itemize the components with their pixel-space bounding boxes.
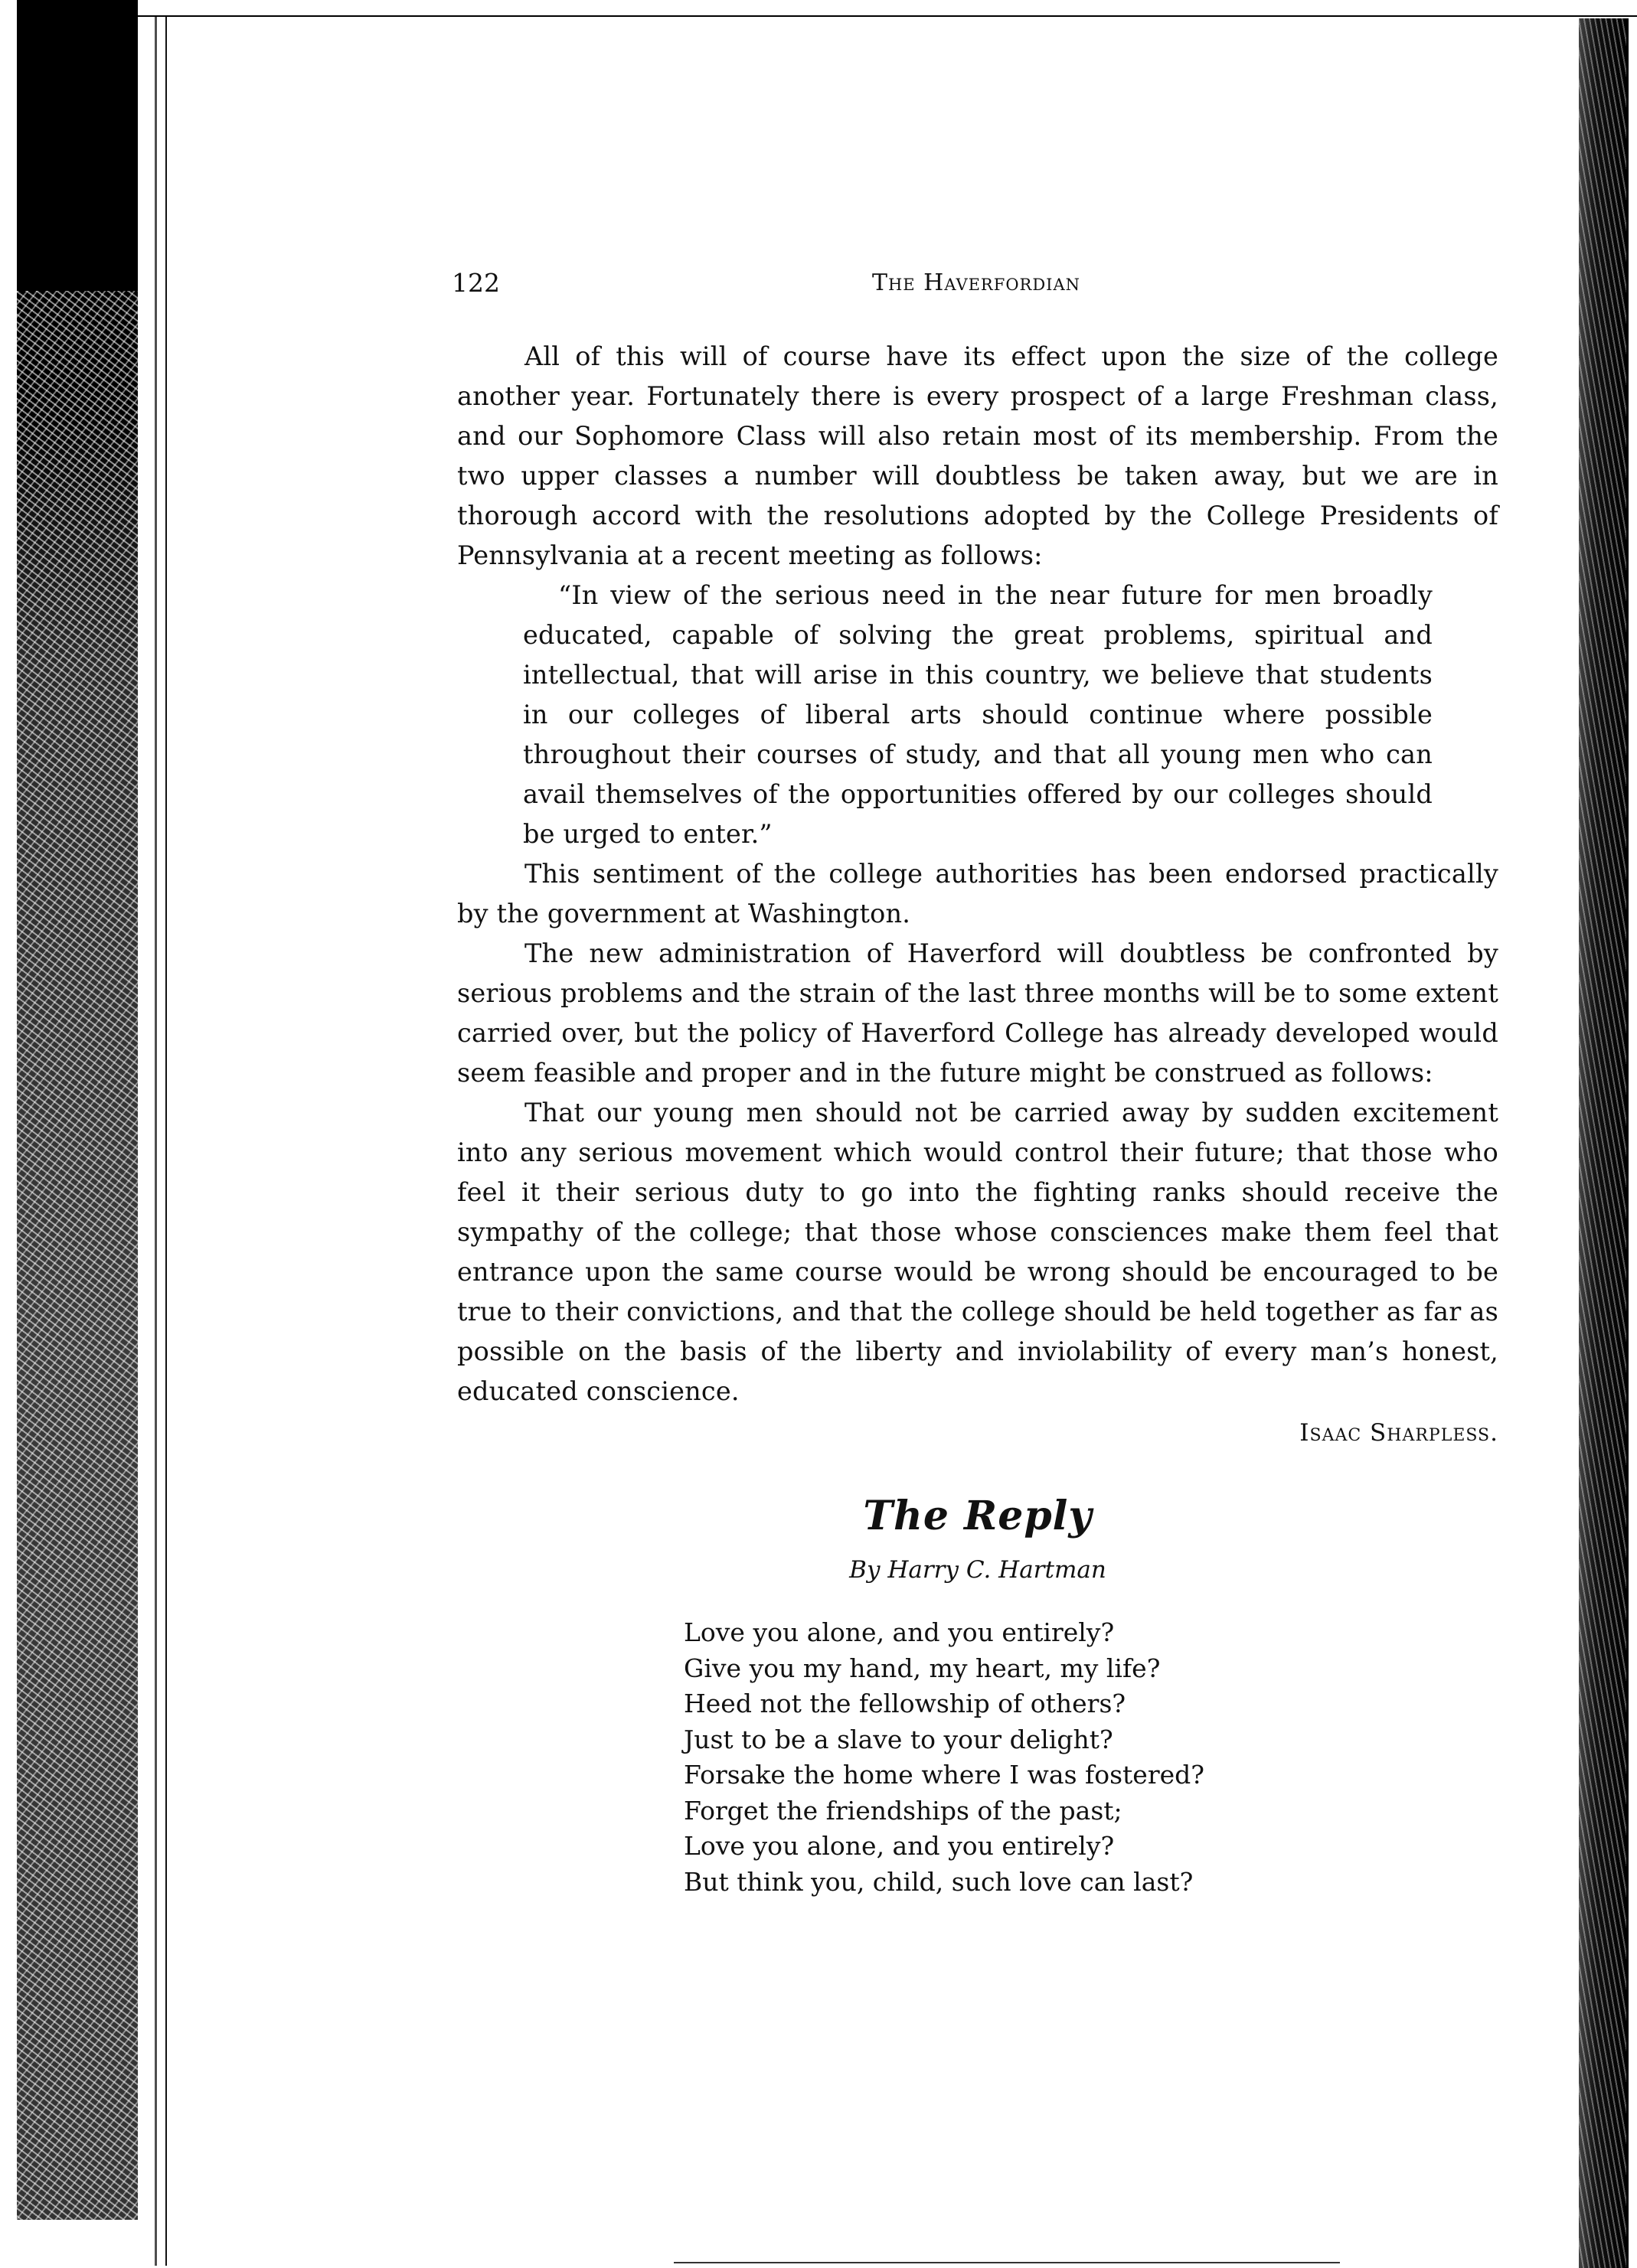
scan-left-margin xyxy=(0,0,18,2268)
poem-byline: By Harry C. Hartman xyxy=(457,1556,1498,1584)
journal-title: The Haverfordian xyxy=(452,269,1501,296)
poem-line: Give you my hand, my heart, my life? xyxy=(684,1651,1204,1687)
article-body: All of this will of course have its effe… xyxy=(457,337,1498,1453)
poem-title: The Reply xyxy=(457,1493,1498,1539)
scan-gutter-shadow xyxy=(17,0,138,2220)
poem-line: Forsake the home where I was fostered? xyxy=(684,1757,1204,1793)
paragraph: This sentiment of the college authoritie… xyxy=(457,854,1498,934)
paragraph: The new administration of Haverford will… xyxy=(457,934,1498,1093)
running-head: 122 The Haverfordian xyxy=(452,268,1501,306)
poem-line: Love you alone, and you entirely? xyxy=(684,1829,1204,1865)
block-quote: “In view of the serious need in the near… xyxy=(523,576,1433,854)
poem-line: Heed not the fellowship of others? xyxy=(684,1686,1204,1722)
poem-body: Love you alone, and you entirely? Give y… xyxy=(684,1615,1204,1900)
poem-line: Forget the friendships of the past; xyxy=(684,1793,1204,1829)
scan-bottom-margin xyxy=(0,2243,138,2268)
poem-line: Love you alone, and you entirely? xyxy=(684,1615,1204,1651)
paragraph: All of this will of course have its effe… xyxy=(457,337,1498,576)
scan-right-margin xyxy=(1626,18,1637,2268)
author-signature: Isaac Sharpless. xyxy=(457,1413,1498,1453)
poem-line: Just to be a slave to your delight? xyxy=(684,1722,1204,1758)
binding-line xyxy=(155,8,157,2266)
page-bottom-edge xyxy=(674,2262,1340,2263)
scan-gutter-shadow-top xyxy=(17,0,138,291)
poem-line: But think you, child, such love can last… xyxy=(684,1865,1204,1901)
page-top-edge xyxy=(138,0,1637,17)
paragraph: That our young men should not be carried… xyxy=(457,1093,1498,1411)
binding-line xyxy=(165,4,167,2266)
scan-right-edge-shadow xyxy=(1579,18,1626,2268)
